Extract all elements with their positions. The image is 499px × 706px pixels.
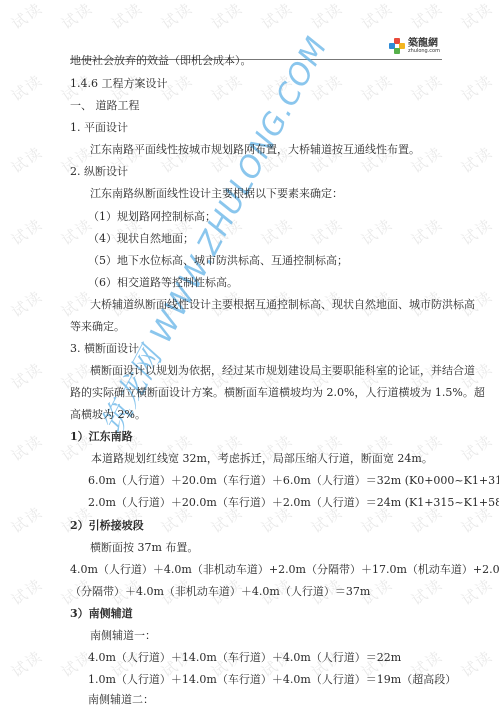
trial-watermark: 试读 bbox=[357, 69, 397, 106]
trial-watermark: 试读 bbox=[7, 69, 47, 106]
trial-watermark: 试读 bbox=[107, 0, 147, 34]
text-line: （1）规划路网控制标高； bbox=[88, 210, 216, 224]
text-line: 1. 平面设计 bbox=[70, 121, 128, 135]
zhulong-logo: 築龍網 zhulong.com bbox=[389, 38, 440, 54]
trial-watermark: 试读 bbox=[7, 573, 47, 610]
trial-watermark: 试读 bbox=[7, 645, 47, 682]
trial-watermark: 试读 bbox=[7, 357, 47, 394]
trial-watermark: 试读 bbox=[407, 69, 447, 106]
trial-watermark: 试读 bbox=[7, 285, 47, 322]
trial-watermark: 试读 bbox=[457, 573, 497, 610]
logo-name-en: zhulong.com bbox=[408, 49, 440, 54]
trial-watermark: 试读 bbox=[457, 645, 497, 682]
section-heading: 2）引桥接坡段 bbox=[70, 519, 144, 533]
text-line: 等来确定。 bbox=[70, 320, 125, 334]
text-line: 地使社会放弃的效益（即机会成本）。 bbox=[70, 54, 252, 68]
trial-watermark: 试读 bbox=[7, 141, 47, 178]
section-heading: 3）南侧辅道 bbox=[70, 607, 133, 621]
trial-watermark: 试读 bbox=[407, 573, 447, 610]
text-line: 江东南路平面线性按城市规划路网布置，大桥辅道按互通线性布置。 bbox=[90, 143, 420, 157]
trial-watermark: 试读 bbox=[457, 429, 497, 466]
text-line: 4.0m（人行道）＋14.0m（车行道）＋4.0m（人行道）＝22m bbox=[88, 651, 401, 665]
trial-watermark: 试读 bbox=[157, 0, 197, 34]
trial-watermark: 试读 bbox=[207, 69, 247, 106]
text-line: （4）现状自然地面； bbox=[88, 232, 194, 246]
trial-watermark: 试读 bbox=[457, 69, 497, 106]
text-line: 一、 道路工程 bbox=[70, 99, 140, 113]
text-line: （分隔带）＋4.0m（非机动车道）＋4.0m（人行道）＝37m bbox=[70, 585, 370, 599]
trial-watermark: 试读 bbox=[457, 141, 497, 178]
trial-watermark: 试读 bbox=[7, 429, 47, 466]
trial-watermark: 试读 bbox=[7, 0, 47, 34]
trial-watermark: 试读 bbox=[7, 501, 47, 538]
text-line: 4.0m（人行道）＋4.0m（非机动车道）+2.0m（分隔带）＋17.0m（机动… bbox=[70, 563, 499, 577]
trial-watermark: 试读 bbox=[7, 213, 47, 250]
trial-watermark: 试读 bbox=[457, 0, 497, 34]
text-line: 本道路规划红线宽 32m，考虑拆迁，局部压缩人行道，断面宽 24m。 bbox=[91, 452, 433, 466]
text-line: 3. 横断面设计 bbox=[70, 342, 139, 356]
text-line: 2.0m（人行道）＋20.0m（车行道）＋2.0m（人行道）＝24m (K1+3… bbox=[88, 496, 499, 510]
text-line: 横断面设计以规划为依据，经过某市规划建设局主要职能科室的论证，并结合道 bbox=[90, 364, 475, 378]
text-line: 南侧辅道一： bbox=[90, 629, 156, 643]
text-line: 路的实际确立横断面设计方案。横断面车道横坡均为 2.0%，人行道横坡为 1.5%… bbox=[70, 386, 485, 400]
trial-watermark: 试读 bbox=[407, 0, 447, 34]
trial-watermark: 试读 bbox=[257, 0, 297, 34]
trial-watermark: 试读 bbox=[257, 213, 297, 250]
trial-watermark: 试读 bbox=[357, 0, 397, 34]
text-line: 高横坡为 2%。 bbox=[70, 408, 146, 422]
trial-watermark: 试读 bbox=[457, 213, 497, 250]
text-line: （5）地下水位标高、城市防洪标高、互通控制标高； bbox=[88, 254, 348, 268]
text-line: （6）相交道路等控制性标高。 bbox=[88, 276, 238, 290]
text-line: 横断面按 37m 布置。 bbox=[90, 541, 198, 555]
text-line: 南侧辅道二： bbox=[88, 693, 154, 706]
text-line: 1.0m（人行道）＋14.0m（车行道）＋4.0m（人行道）＝19m（超高段） bbox=[88, 673, 456, 687]
text-line: 大桥辅道纵断面线性设计主要根据互通控制标高、现状自然地面、城市防洪标高 bbox=[90, 298, 475, 312]
logo-name-cn: 築龍網 bbox=[408, 39, 440, 49]
trial-watermark: 试读 bbox=[207, 0, 247, 34]
trial-watermark: 试读 bbox=[57, 0, 97, 34]
text-line: 江东南路纵断面线性设计主要根据以下要素来确定： bbox=[90, 187, 343, 201]
trial-watermark: 试读 bbox=[307, 213, 347, 250]
trial-watermark: 试读 bbox=[357, 213, 397, 250]
section-heading: 1）江东南路 bbox=[70, 430, 133, 444]
text-line: 6.0m（人行道）＋20.0m（车行道）＋6.0m（人行道）＝32m (K0+0… bbox=[88, 474, 499, 488]
trial-watermark: 试读 bbox=[307, 0, 347, 34]
text-line: 2. 纵断设计 bbox=[70, 165, 128, 179]
zhulong-logo-icon bbox=[389, 38, 405, 54]
trial-watermark: 试读 bbox=[407, 213, 447, 250]
text-line: 1.4.6 工程方案设计 bbox=[70, 77, 168, 91]
